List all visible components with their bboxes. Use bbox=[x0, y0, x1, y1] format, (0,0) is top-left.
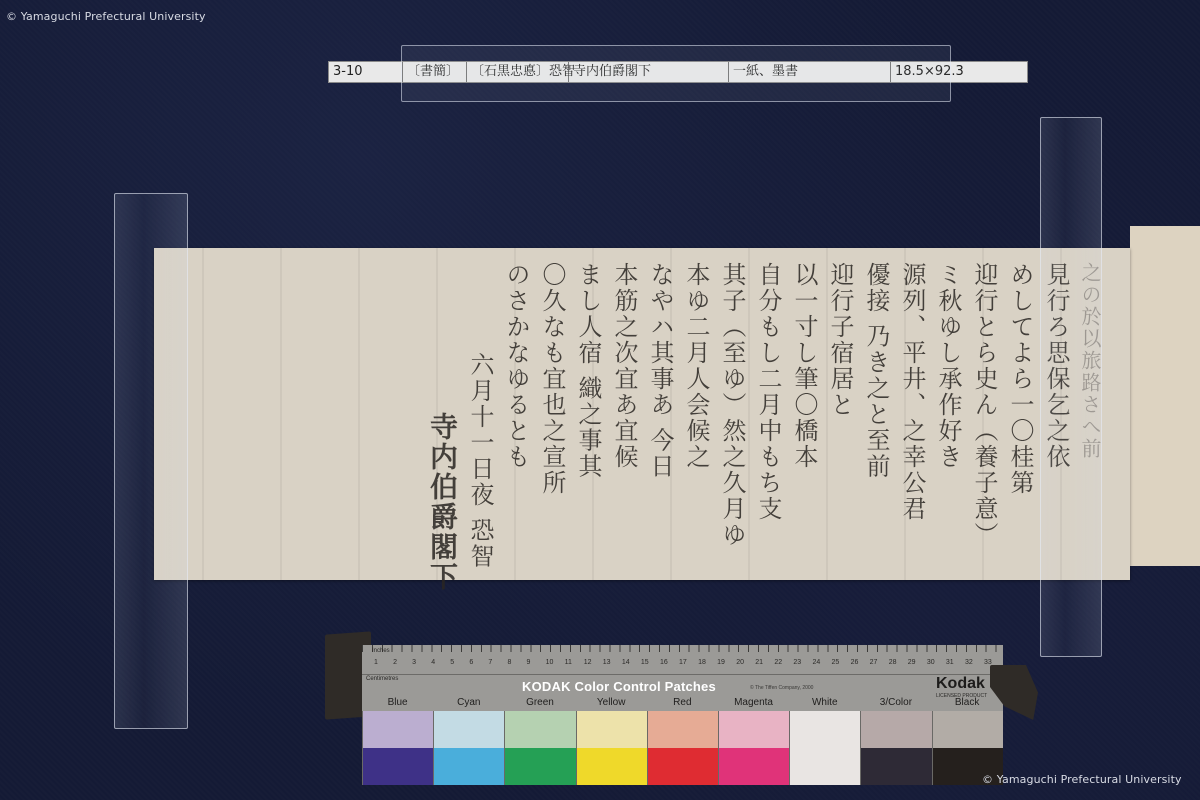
swatch-dark bbox=[861, 748, 931, 785]
patch-label-yellow: Yellow bbox=[576, 697, 647, 711]
copyright-watermark-top: © Yamaguchi Prefectural University bbox=[6, 10, 206, 23]
swatch-dark bbox=[577, 748, 647, 785]
swatch-dark bbox=[719, 748, 789, 785]
cm-tick: 27 bbox=[870, 659, 889, 669]
letter-date-signature: 六月十一日夜 恐智 bbox=[468, 352, 492, 566]
acrylic-label-cover bbox=[401, 45, 951, 102]
letter-column: ミ秋ゆし承作好き bbox=[936, 262, 960, 566]
cm-tick: 20 bbox=[736, 659, 755, 669]
inches-label: Inches bbox=[372, 648, 390, 654]
ruler-cm-ticks: 1 2 3 4 5 6 7 8 9 10 11 12 13 14 15 16 1… bbox=[374, 659, 1003, 669]
cm-tick: 32 bbox=[965, 659, 984, 669]
cm-tick: 30 bbox=[927, 659, 946, 669]
kodak-logo: Kodak bbox=[936, 675, 985, 693]
swatch-dark bbox=[505, 748, 575, 785]
letter-column: なやハ其事あ 今日 bbox=[648, 262, 672, 566]
cm-tick: 2 bbox=[393, 659, 412, 669]
swatch-light bbox=[577, 711, 647, 748]
cm-tick: 13 bbox=[603, 659, 622, 669]
letter-column: 其子（至ゆ）然之久月ゆ bbox=[720, 262, 744, 566]
patch-label-black: Black bbox=[932, 697, 1003, 711]
swatch-dark bbox=[434, 748, 504, 785]
cm-tick: 11 bbox=[565, 659, 584, 669]
kodak-card-title: KODAK Color Control Patches bbox=[522, 679, 716, 694]
patch-label-blue: Blue bbox=[362, 697, 433, 711]
cm-tick: 15 bbox=[641, 659, 660, 669]
letter-text-columns: 之の於以旅路さへ前 見行ろ思保乞之依 めしてよら一〇桂第 迎行とら史ん（養子意）… bbox=[154, 248, 1130, 580]
cm-tick: 25 bbox=[832, 659, 851, 669]
patch-labels: Blue Cyan Green Yellow Red Magenta White… bbox=[362, 697, 1003, 711]
cm-tick: 22 bbox=[774, 659, 793, 669]
letter-column: 優接 乃き之と至前 bbox=[864, 262, 888, 566]
swatch-dark bbox=[363, 748, 433, 785]
letter-column: 迎行とら史ん（養子意） bbox=[972, 262, 996, 566]
cm-tick: 24 bbox=[812, 659, 831, 669]
cm-tick: 12 bbox=[584, 659, 603, 669]
cm-tick: 16 bbox=[660, 659, 679, 669]
letter-continuation bbox=[1130, 226, 1200, 566]
patch-blue bbox=[362, 711, 433, 785]
cm-tick: 7 bbox=[488, 659, 507, 669]
letter-column: 本筋之次宜あ宜候 bbox=[612, 262, 636, 566]
patch-yellow bbox=[576, 711, 647, 785]
swatch-light bbox=[719, 711, 789, 748]
patch-label-cyan: Cyan bbox=[433, 697, 504, 711]
patch-label-3color: 3/Color bbox=[860, 697, 931, 711]
kodak-color-card: Inches 1 2 3 4 5 6 7 8 9 10 11 12 13 14 … bbox=[362, 645, 1003, 785]
centimetres-label: Centimetres bbox=[366, 676, 398, 682]
cm-tick: 4 bbox=[431, 659, 450, 669]
patch-3color bbox=[860, 711, 931, 785]
swatch-dark bbox=[790, 748, 860, 785]
cm-tick: 21 bbox=[755, 659, 774, 669]
swatch-light bbox=[434, 711, 504, 748]
cm-tick: 17 bbox=[679, 659, 698, 669]
letter-column: 自分もし二月中もち支 bbox=[756, 262, 780, 566]
copyright-watermark-bottom: © Yamaguchi Prefectural University bbox=[982, 773, 1182, 786]
patch-label-green: Green bbox=[504, 697, 575, 711]
patch-green bbox=[504, 711, 575, 785]
patch-magenta bbox=[718, 711, 789, 785]
swatch-light bbox=[648, 711, 718, 748]
cm-tick: 19 bbox=[717, 659, 736, 669]
cm-tick: 5 bbox=[450, 659, 469, 669]
acrylic-weight-right bbox=[1040, 117, 1102, 657]
letter-paper: 之の於以旅路さへ前 見行ろ思保乞之依 めしてよら一〇桂第 迎行とら史ん（養子意）… bbox=[154, 248, 1130, 580]
cm-tick: 29 bbox=[908, 659, 927, 669]
swatch-dark bbox=[648, 748, 718, 785]
letter-column: 以一寸し筆〇橋本 bbox=[792, 262, 816, 566]
ruler: Inches 1 2 3 4 5 6 7 8 9 10 11 12 13 14 … bbox=[362, 645, 1003, 675]
swatch-light bbox=[790, 711, 860, 748]
letter-addressee: 寺内伯爵閣下 bbox=[428, 412, 456, 566]
cm-tick: 1 bbox=[374, 659, 393, 669]
letter-column: 本ゆ二月人会候之 bbox=[684, 262, 708, 566]
letter-column: 迎行子宿居と bbox=[828, 262, 852, 566]
cm-tick: 26 bbox=[851, 659, 870, 669]
cm-tick: 31 bbox=[946, 659, 965, 669]
swatch-light bbox=[861, 711, 931, 748]
swatch-light bbox=[505, 711, 575, 748]
cm-tick: 8 bbox=[507, 659, 526, 669]
patch-label-red: Red bbox=[647, 697, 718, 711]
cm-tick: 18 bbox=[698, 659, 717, 669]
letter-column: 〇久なも宜也之宣所 bbox=[540, 262, 564, 566]
patch-white bbox=[789, 711, 860, 785]
patch-cyan bbox=[433, 711, 504, 785]
patch-label-magenta: Magenta bbox=[718, 697, 789, 711]
letter-column: まし人宿 織之事其 bbox=[576, 262, 600, 566]
swatch-light bbox=[933, 711, 1003, 748]
letter-column: 源列、平井、之幸公君 bbox=[900, 262, 924, 566]
color-patches bbox=[362, 711, 1003, 785]
cm-tick: 3 bbox=[412, 659, 431, 669]
cm-tick: 23 bbox=[793, 659, 812, 669]
patch-red bbox=[647, 711, 718, 785]
cm-tick: 28 bbox=[889, 659, 908, 669]
cm-tick: 14 bbox=[622, 659, 641, 669]
swatch-light bbox=[363, 711, 433, 748]
kodak-card-credit: © The Tiffen Company, 2000 bbox=[750, 685, 813, 691]
catalog-number: 3-10 bbox=[329, 62, 403, 82]
patch-label-white: White bbox=[789, 697, 860, 711]
letter-column: めしてよら一〇桂第 bbox=[1008, 262, 1032, 566]
cm-tick: 10 bbox=[546, 659, 565, 669]
letter-column: のさかなゆるとも bbox=[504, 262, 528, 566]
cm-tick: 6 bbox=[469, 659, 488, 669]
cm-tick: 9 bbox=[527, 659, 546, 669]
acrylic-weight-left bbox=[114, 193, 188, 729]
